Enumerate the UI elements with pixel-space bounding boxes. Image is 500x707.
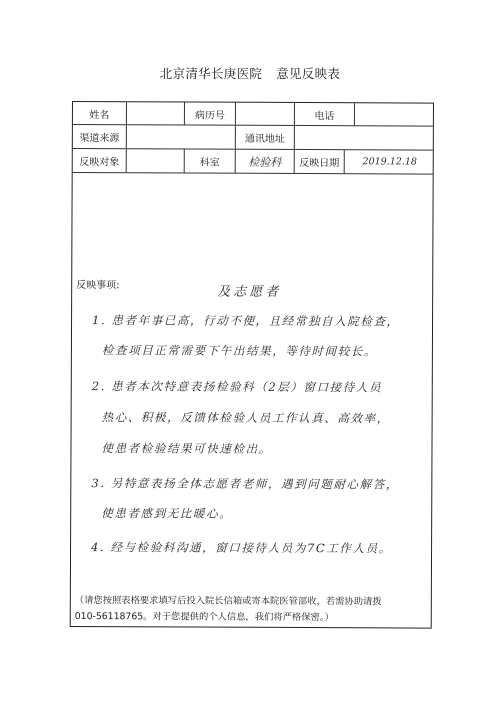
issue-line-1: 1. 患者年事已高，行动不便，且经常独自入院检查， (92, 312, 400, 329)
footnote-line-1: （请您按照表格要求填写后投入院长信箱或寄本院医管部收，若需协助请拨 (75, 593, 425, 611)
channel-label: 渠道来源 (73, 125, 127, 148)
form-name: 意见反映表 (276, 66, 340, 81)
footnote: （请您按照表格要求填写后投入院长信箱或寄本院医管部收，若需协助请拨 010-56… (75, 593, 425, 627)
issue-line-5: 使患者检验结果可快速检出。 (101, 440, 271, 457)
target-field[interactable] (127, 149, 185, 172)
form-row-patient: 姓名 病历号 电话 (73, 102, 433, 127)
issue-line-7: 使患者感到无比暖心。 (101, 505, 232, 522)
issue-line-4: 热心、积极，反馈体检验人员工作认真、高效率， (102, 409, 390, 426)
phone-label: 电话 (295, 103, 355, 125)
issue-content[interactable]: 1. 患者年事已高，行动不便，且经常独自入院检查， 检查项目正常需要下午出结果，… (92, 312, 427, 313)
record-number-field[interactable] (236, 103, 295, 125)
issue-label: 反映事项: (76, 276, 119, 291)
issue-line-2: 检查项目正常需要下午出结果，等待时间较长。 (102, 342, 377, 359)
target-label: 反映对象 (73, 149, 127, 172)
phone-field[interactable] (355, 103, 435, 125)
address-field[interactable] (295, 126, 435, 150)
issue-heading-handwritten: 及志愿者 (217, 281, 281, 300)
name-field[interactable] (127, 102, 185, 124)
hospital-name: 北京清华长庚医院 (160, 66, 262, 81)
feedback-form: 姓名 病历号 电话 渠道来源 通讯地址 反映对象 科室 检验科 反映日期 201… (70, 101, 434, 629)
department-field[interactable]: 检验科 (236, 150, 295, 173)
channel-field[interactable] (127, 125, 236, 148)
issue-line-3: 2. 患者本次特意表扬检验科（2层）窗口接待人员 (92, 378, 382, 395)
document-title: 北京清华长庚医院意见反映表 (0, 64, 500, 82)
department-label: 科室 (185, 149, 236, 172)
form-row-channel: 渠道来源 通讯地址 (73, 125, 433, 151)
issue-line-8: 4. 经与检验科沟通，窗口接待人员为7C工作人员。 (91, 539, 392, 556)
date-label: 反映日期 (295, 150, 345, 173)
issue-line-6: 3. 另特意表扬全体志愿者老师，遇到问题耐心解答， (91, 475, 399, 492)
record-number-label: 病历号 (185, 102, 236, 124)
footnote-line-2: 010-56118765。对于您提供的个人信息，我们将严格保密。） (75, 609, 425, 627)
address-label: 通讯地址 (236, 126, 295, 149)
name-label: 姓名 (73, 102, 127, 124)
date-field[interactable]: 2019.12.18 (345, 150, 435, 173)
form-row-target: 反映对象 科室 检验科 反映日期 2019.12.18 (73, 149, 433, 175)
